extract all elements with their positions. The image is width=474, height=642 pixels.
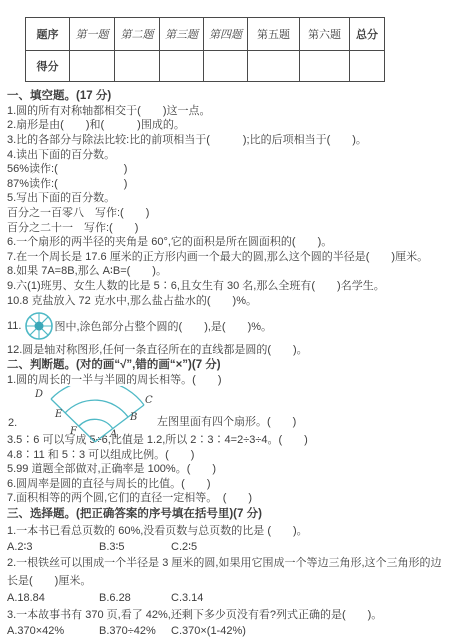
question-line: 12.圆是轴对称图形,任何一条直径所在的直线都是圆的( )。 [7,343,470,358]
option-c: C.370×(1-42%) [171,623,246,639]
question-line: 5.99 道题全部做对,正确率是 100%。( ) [7,462,470,477]
score-cell [204,51,248,82]
score-cell [115,51,160,82]
option-a: A.370×42% [7,623,99,639]
options-row: A.18.84 B.6.28 C.3.14 [7,590,470,606]
question-line: 4.读出下面的百分数。 [7,148,470,163]
score-cell [248,51,300,82]
question-line: 6.一个扇形的两半径的夹角是 60°,它的面积是所在圆面积的( )。 [7,235,470,250]
section3: 三、选择题。(把正确答案的序号填在括号里)(7 分) 1.一本书已看总页数的 6… [7,506,470,639]
question-line: 长是( )厘米。 [7,573,470,591]
score-summary-table: 题序 第一题 第二题 第三题 第四题 第五题 第六题 总分 得分 [25,17,385,82]
question-line: 2.一根铁丝可以围成一个半径是 3 厘米的圆,如果用它围成一个等边三角形,这个三… [7,555,470,573]
question-line: 5.写出下面的百分数。 [7,191,470,206]
option-a: A.18.84 [7,590,99,606]
fan-label-b: B [129,412,137,423]
paper-body: 一、填空题。(17 分) 1.圆的所有对称轴都相交于( )这一点。 2.扇形是由… [7,89,470,639]
fan-label-d: D [34,389,43,400]
question-line: 87%读作:( ) [7,177,470,192]
section3-title: 三、选择题。(把正确答案的序号填在括号里)(7 分) [7,506,470,523]
question-11-row: 11. 图中,涂色部分占整个圆的( ),是( )%。 [7,308,470,343]
question-2-fan-row: 2. D C E B F A 左图里面有四个扇形。( ) [7,387,470,433]
table-header-row: 题序 第一题 第二题 第三题 第四题 第五题 第六题 总分 [26,18,385,51]
question-line: 56%读作:( ) [7,162,470,177]
header-question-4: 第四题 [204,18,248,51]
question-line: 7.面积相等的两个圆,它们的直径一定相等。 ( ) [7,491,470,506]
section1-title: 一、填空题。(17 分) [7,89,470,104]
option-c: C.3.14 [171,590,203,606]
question-11-text: 图中,涂色部分占整个圆的( ),是( )%。 [54,318,272,334]
question-line: 3.比的各部分与除法比较:比的前项相当于( );比的后项相当于( )。 [7,133,470,148]
section2-title: 二、判断题。(对的画“√”,错的画“×”)(7 分) [7,358,470,373]
score-label: 得分 [26,51,70,82]
fan-label-c: C [145,395,153,406]
exam-paper-page: 题序 第一题 第二题 第三题 第四题 第五题 第六题 总分 得分 一、填空题。(… [0,0,474,642]
header-question-2: 第二题 [115,18,160,51]
question-line: 7.在一个周长是 17.6 厘米的正方形内画一个最大的圆,那么这个圆的半径是( … [7,250,470,265]
question-line: 1.圆的周长的一半与半圆的周长相等。( ) [7,373,470,388]
question-line: 4.8∶11 和 5∶3 可以组成比例。( ) [7,448,470,463]
header-question-6: 第六题 [300,18,350,51]
question-line: 10.8 克盐放入 72 克水中,那么盐占盐水的( )%。 [7,294,470,309]
fan-label-f: F [69,426,78,437]
options-row: A.370×42% B.370÷42% C.370×(1-42%) [7,623,470,639]
option-b: B.6.28 [99,590,171,606]
divided-circle-figure [24,311,54,341]
question-line: 1.圆的所有对称轴都相交于( )这一点。 [7,104,470,119]
option-b: B.3∶5 [99,539,171,555]
question-2-number: 2. [8,417,17,429]
options-row: A.2∶3 B.3∶5 C.2∶5 [7,539,470,555]
option-c: C.2∶5 [171,539,197,555]
question-line: 9.六(1)班男、女生人数的比是 5∶6,且女生有 30 名,那么全班有( )名… [7,279,470,294]
fan-label-e: E [54,409,63,420]
question-11-number: 11. [7,320,21,332]
question-line: 百分之一百零八 写作:( ) [7,206,470,221]
question-line: 2.扇形是由( )和( )围成的。 [7,118,470,133]
fan-label-a: A [109,429,117,440]
header-question-3: 第三题 [160,18,204,51]
score-cell [350,51,385,82]
score-cell [70,51,115,82]
question-line: 1.一本书已看总页数的 60%,没看页数与总页数的比是 ( )。 [7,523,470,539]
option-b: B.370÷42% [99,623,171,639]
header-total-score: 总分 [350,18,385,51]
question-line: 3.一本故事书有 370 页,看了 42%,还剩下多少页没有看?列式正确的是( … [7,607,470,623]
option-a: A.2∶3 [7,539,99,555]
question-2-text: 左图里面有四个扇形。( ) [157,413,296,429]
score-cell [160,51,204,82]
header-question-1: 第一题 [70,18,115,51]
question-line: 6.圆周率是圆的直径与周长的比值。( ) [7,477,470,492]
header-question-5: 第五题 [248,18,300,51]
fan-sector-figure: D C E B F A [33,386,155,446]
score-cell [300,51,350,82]
question-line: 8.如果 7A=8B,那么 A∶B=( )。 [7,264,470,279]
question-line: 百分之二十一 写作:( ) [7,221,470,236]
header-question-order: 题序 [26,18,70,51]
table-score-row: 得分 [26,51,385,82]
